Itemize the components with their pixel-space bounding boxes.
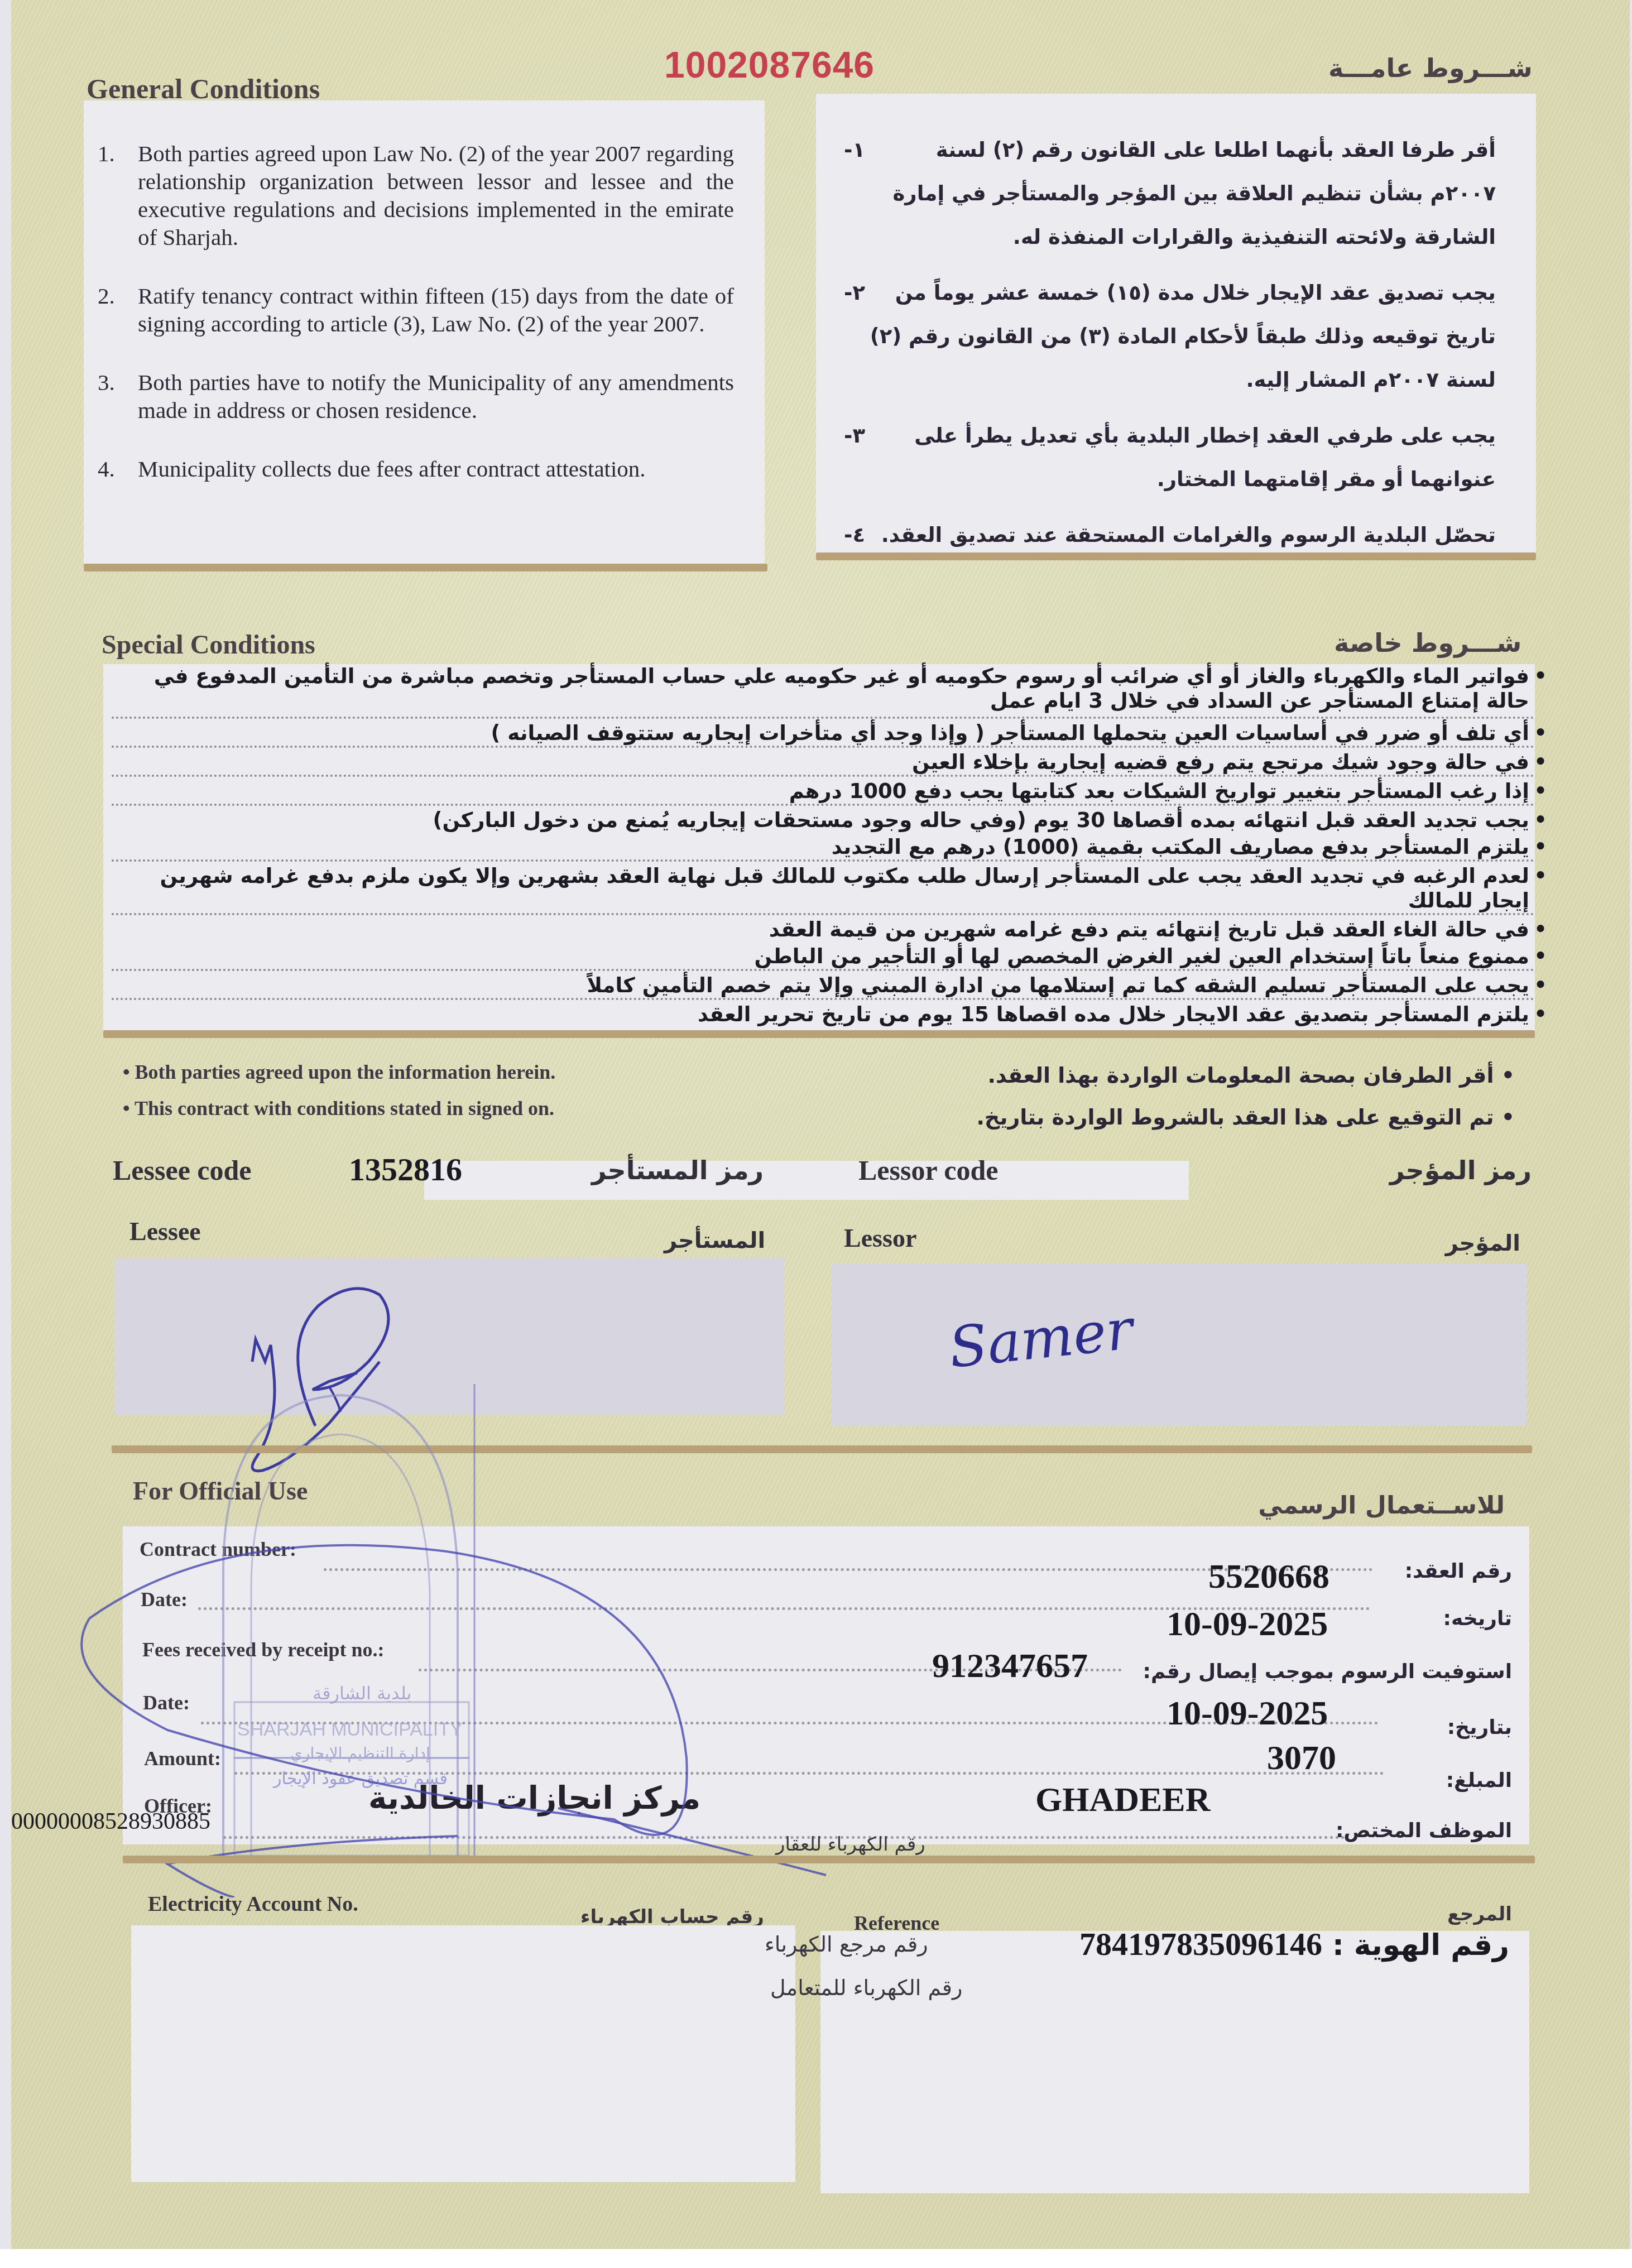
lessor-code-label-ar: رمز المؤجر	[1390, 1155, 1532, 1185]
lessee-code-label: Lessee code	[113, 1154, 252, 1186]
general-conditions-list-en: 1.Both parties agreed upon Law No. (2) o…	[98, 140, 734, 513]
lessee-code-label-ar: رمز المستأجر	[592, 1155, 764, 1185]
receipt-date-label-ar: بتاريخ:	[1447, 1716, 1512, 1739]
special-condition: لعدم الرغبه في تجديد العقد يجب على المست…	[112, 864, 1535, 915]
ink-scribble	[56, 1507, 837, 1897]
item-text: Municipality collects due fees after con…	[138, 455, 646, 483]
contract-number-value: 5520668	[1208, 1557, 1329, 1597]
special-condition: في حالة وجود شيك مرتجع يتم رفع قضيه إيجا…	[112, 750, 1535, 777]
reference-label-ar: المرجع	[1447, 1903, 1512, 1925]
lessor-code-label: Lessor code	[858, 1154, 998, 1186]
item-number: 4.	[98, 455, 138, 483]
lessee-label: Lessee	[129, 1217, 201, 1246]
contract-number-label-ar: رقم العقد:	[1405, 1560, 1512, 1583]
electricity-account-label-ar: رقم حساب الكهرباء	[580, 1906, 764, 1928]
special-conditions-title: Special Conditions	[102, 630, 315, 660]
amount-label-ar: المبلغ:	[1446, 1769, 1512, 1792]
special-conditions-title-ar: شـــروط خاصة	[1334, 628, 1521, 658]
lessee-label-ar: المستأجر	[664, 1228, 765, 1253]
item-number: 2.	[98, 282, 138, 338]
item-number: ٤-	[826, 513, 865, 557]
electricity-account-box	[131, 1925, 795, 2182]
serial-number: 1002087646	[664, 44, 875, 86]
amount-value: 3070	[1267, 1738, 1336, 1778]
date-value: 10-09-2025	[1167, 1604, 1328, 1644]
condition-item: 1.Both parties agreed upon Law No. (2) o…	[98, 140, 734, 251]
special-conditions-list: فواتير الماء والكهرباء والغاز أو أي ضرائ…	[112, 664, 1535, 1027]
general-conditions-title-ar: شـــروط عامـــة	[1328, 53, 1533, 83]
condition-item: 3.Both parties have to notify the Munici…	[98, 368, 734, 424]
special-condition: فواتير الماء والكهرباء والغاز أو أي ضرائ…	[112, 664, 1535, 719]
item-text: Both parties have to notify the Municipa…	[138, 368, 734, 424]
condition-item-ar: ٤-تحصّل البلدية الرسوم والغرامات المستحق…	[826, 513, 1496, 557]
id-value: 784197835096146	[1079, 1925, 1322, 1963]
condition-item-ar: ١-أقر طرفا العقد بأنهما اطلعا على القانو…	[826, 128, 1496, 259]
condition-item-ar: ٣-يجب على طرفي العقد إخطار البلدية بأي ت…	[826, 414, 1496, 501]
item-text: يجب على طرفي العقد إخطار البلدية بأي تعد…	[865, 414, 1496, 501]
agreement-line-2-ar: • تم التوقيع على هذا العقد بالشروط الوار…	[976, 1105, 1515, 1130]
lessor-label-ar: المؤجر	[1446, 1231, 1520, 1256]
reference-box	[820, 1931, 1529, 2193]
agreement-line-2-en: • This contract with conditions stated i…	[123, 1097, 554, 1120]
id-row: 784197835096146 رقم الهوية :	[1079, 1925, 1509, 1963]
condition-item: 4.Municipality collects due fees after c…	[98, 455, 734, 483]
general-conditions-list-ar: ١-أقر طرفا العقد بأنهما اطلعا على القانو…	[826, 128, 1496, 569]
receipt-number-label-ar: استوفيت الرسوم بموجب إيصال رقم:	[1143, 1660, 1512, 1683]
electricity-account-label: Electricity Account No.	[148, 1892, 358, 1916]
item-text: تحصّل البلدية الرسوم والغرامات المستحقة …	[865, 513, 1496, 557]
special-condition: يجب تجديد العقد قبل انتهائه بمده أقصاها …	[112, 808, 1535, 833]
divider	[103, 1030, 1535, 1038]
id-label-ar: رقم الهوية :	[1332, 1929, 1509, 1962]
special-condition: في حالة الغاء العقد قبل تاريخ إنتهائه يت…	[112, 917, 1535, 942]
item-text: Ratify tenancy contract within fifteen (…	[138, 282, 734, 338]
lessor-signature-box[interactable]	[832, 1264, 1527, 1426]
item-number: ١-	[826, 128, 865, 259]
item-number: ٢-	[826, 271, 865, 402]
receipt-date-value: 10-09-2025	[1167, 1694, 1328, 1733]
item-text: أقر طرفا العقد بأنهما اطلعا على القانون …	[865, 128, 1496, 259]
agreement-line-1-ar: • أقر الطرفان بصحة المعلومات الواردة بهذ…	[988, 1063, 1515, 1088]
special-condition: ممنوع منعاً باتاً إستخدام العين لغير الغ…	[112, 944, 1535, 971]
lessee-code-value: 1352816	[349, 1151, 462, 1188]
item-text: Both parties agreed upon Law No. (2) of …	[138, 140, 734, 251]
item-number: 1.	[98, 140, 138, 251]
customer-electricity-label: رقم الكهرباء للمتعامل	[770, 1976, 962, 2000]
codes-band	[424, 1161, 1189, 1200]
item-text: يجب تصديق عقد الإيجار خلال مدة (١٥) خمسة…	[865, 271, 1496, 402]
special-condition: يلتزم المستأجر بتصديق عقد الايجار خلال م…	[112, 1002, 1535, 1027]
date-label-ar: تاريخه:	[1443, 1607, 1512, 1630]
special-condition: يجب على المستأجر تسليم الشقه كما تم إستل…	[112, 973, 1535, 1000]
electricity-reference-label: رقم مرجع الكهرباء	[765, 1932, 928, 1957]
item-number: 3.	[98, 368, 138, 424]
special-condition: أي تلف أو ضرر في أساسيات العين يتحملها ا…	[112, 721, 1535, 748]
special-condition: إذا رغب المستأجر بتغيير تواريخ الشيكات ب…	[112, 779, 1535, 806]
officer-label-ar: الموظف المختص:	[1336, 1819, 1512, 1842]
item-number: ٣-	[826, 414, 865, 501]
official-use-title-ar: للاســتعمال الرسمي	[1258, 1491, 1505, 1520]
agreement-line-1-en: • Both parties agreed upon the informati…	[123, 1060, 555, 1084]
receipt-number-value: 912347657	[932, 1646, 1088, 1686]
special-condition: يلتزم المستأجر بدفع مصاريف المكتب بقمية …	[112, 835, 1535, 862]
condition-item: 2.Ratify tenancy contract within fifteen…	[98, 282, 734, 338]
condition-item-ar: ٢-يجب تصديق عقد الإيجار خلال مدة (١٥) خم…	[826, 271, 1496, 402]
lessor-label: Lessor	[844, 1223, 916, 1253]
divider	[123, 1856, 1535, 1863]
divider	[84, 564, 767, 571]
officer-value: GHADEER	[1035, 1780, 1210, 1820]
